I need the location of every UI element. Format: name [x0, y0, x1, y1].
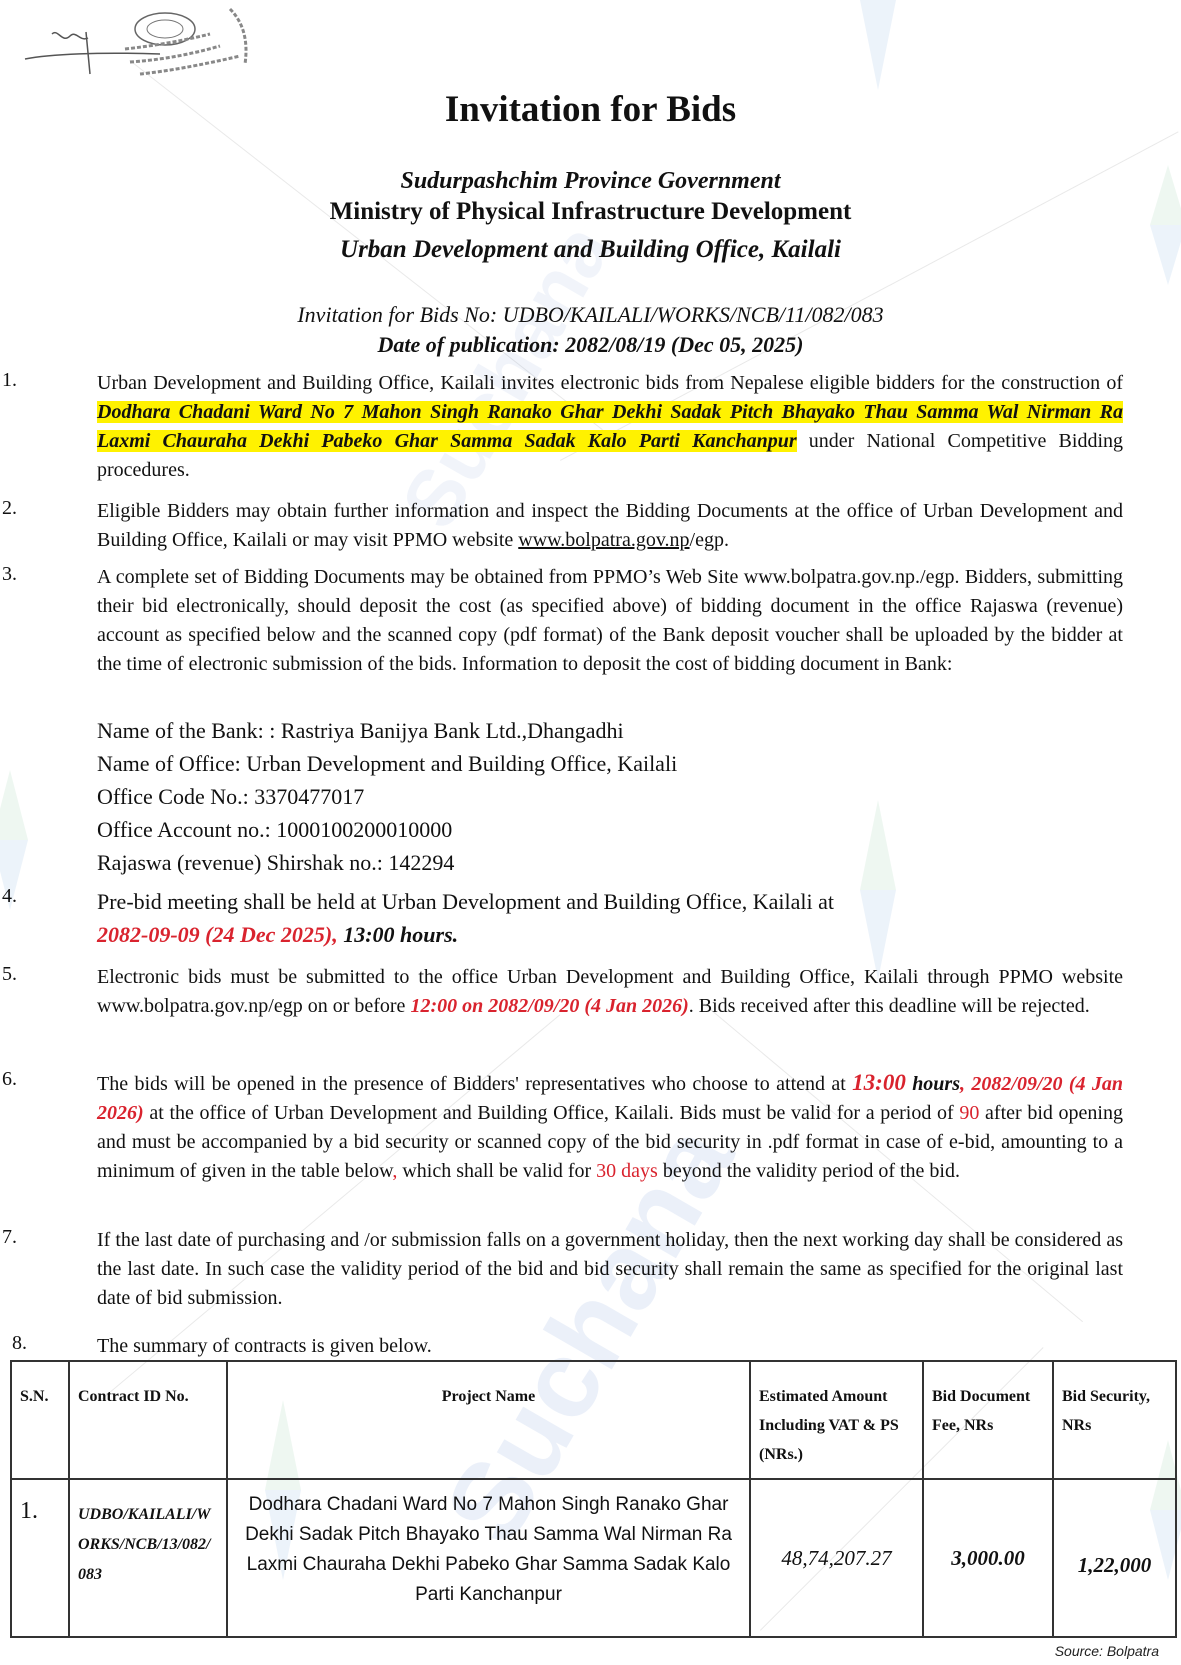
clause-text: A complete set of Bidding Documents may …	[97, 563, 1123, 679]
revenue-shirshak: Rajaswa (revenue) Shirshak no.: 142294	[97, 850, 454, 876]
clause-text: Pre-bid meeting shall be held at Urban D…	[97, 885, 1123, 951]
header-project-name: Project Name	[227, 1361, 750, 1479]
clause-text-part: Pre-bid meeting shall be held at Urban D…	[97, 889, 834, 914]
opening-time: 13:00	[852, 1070, 906, 1095]
clause-text: Eligible Bidders may obtain further info…	[97, 497, 1123, 555]
contracts-table: S.N. Contract ID No. Project Name Estima…	[10, 1360, 1177, 1638]
security-validity: 30 days	[596, 1160, 658, 1182]
publication-date: Date of publication: 2082/08/19 (Dec 05,…	[0, 332, 1181, 358]
clause-text: If the last date of purchasing and /or s…	[97, 1226, 1123, 1313]
clause-text-part: . Bids received after this deadline will…	[689, 995, 1090, 1017]
clause-text-part: beyond the validity period of the bid.	[658, 1160, 960, 1182]
clause-number: 7.	[2, 1226, 17, 1249]
official-stamp-icon	[10, 4, 270, 84]
document-title: Invitation for Bids	[0, 88, 1181, 131]
office-account: Office Account no.: 1000100200010000	[97, 817, 452, 843]
clause-text: The bids will be opened in the presence …	[97, 1068, 1123, 1186]
clause-text-part: The bids will be opened in the presence …	[97, 1073, 852, 1095]
clause-text-part: at the office of Urban Development and B…	[144, 1102, 960, 1124]
prebid-time: 13:00 hours.	[338, 922, 458, 947]
government-name: Sudurpashchim Province Government	[0, 168, 1181, 195]
cell-contract-id: UDBO/KAILALI/WORKS/NCB/13/082/083	[69, 1479, 227, 1637]
bank-name: Name of the Bank: : Rastriya Banijya Ban…	[97, 718, 624, 744]
header-bid-document-fee: Bid Document Fee, NRs	[923, 1361, 1053, 1479]
clause-number: 2.	[2, 497, 17, 520]
clause-text-part: ,	[960, 1073, 965, 1095]
clause-number: 4.	[2, 885, 17, 908]
header-contract-id: Contract ID No.	[69, 1361, 227, 1479]
clause-text: The summary of contracts is given below.	[97, 1332, 1123, 1361]
watermark-arrow-icon	[860, 0, 896, 90]
ifb-number: Invitation for Bids No: UDBO/KAILALI/WOR…	[0, 302, 1181, 328]
clause-text-part: which shall be valid for	[397, 1160, 596, 1182]
submission-deadline: 12:00 on 2082/09/20 (4 Jan 2026)	[410, 995, 688, 1017]
prebid-date: 2082-09-09 (24 Dec 2025),	[97, 922, 338, 947]
clause-number: 6.	[2, 1068, 17, 1091]
clause-text-part: Urban Development and Building Office, K…	[97, 372, 1123, 394]
office-code: Office Code No.: 3370477017	[97, 784, 364, 810]
clause-text: Electronic bids must be submitted to the…	[97, 963, 1123, 1021]
office-name: Urban Development and Building Office, K…	[0, 236, 1181, 264]
clause-text-part: hours	[906, 1073, 960, 1095]
source-credit: Source: Bolpatra	[1055, 1643, 1159, 1659]
validity-days: 90	[959, 1102, 979, 1124]
cell-project-name: Dodhara Chadani Ward No 7 Mahon Singh Ra…	[227, 1479, 750, 1637]
clause-number: 5.	[2, 963, 17, 986]
ministry-name: Ministry of Physical Infrastructure Deve…	[0, 198, 1181, 226]
clause-number: 3.	[2, 563, 17, 586]
table-header-row: S.N. Contract ID No. Project Name Estima…	[11, 1361, 1176, 1479]
cell-estimated-amount: 48,74,207.27	[750, 1479, 923, 1637]
header-sn: S.N.	[11, 1361, 69, 1479]
clause-number: 8.	[12, 1332, 27, 1355]
clause-text-part: /egp.	[690, 529, 729, 551]
clause-number: 1.	[2, 369, 17, 392]
clause-text: Urban Development and Building Office, K…	[97, 369, 1123, 485]
cell-bid-document-fee: 3,000.00	[923, 1479, 1053, 1637]
table-row: 1. UDBO/KAILALI/WORKS/NCB/13/082/083 Dod…	[11, 1479, 1176, 1637]
header-bid-security: Bid Security, NRs	[1053, 1361, 1176, 1479]
header-estimated-amount: Estimated Amount Including VAT & PS (NRs…	[750, 1361, 923, 1479]
bolpatra-link[interactable]: www.bolpatra.gov.np	[518, 529, 689, 551]
office-name-bank: Name of Office: Urban Development and Bu…	[97, 751, 677, 777]
cell-bid-security: 1,22,000	[1053, 1479, 1176, 1637]
cell-sn: 1.	[11, 1479, 69, 1637]
